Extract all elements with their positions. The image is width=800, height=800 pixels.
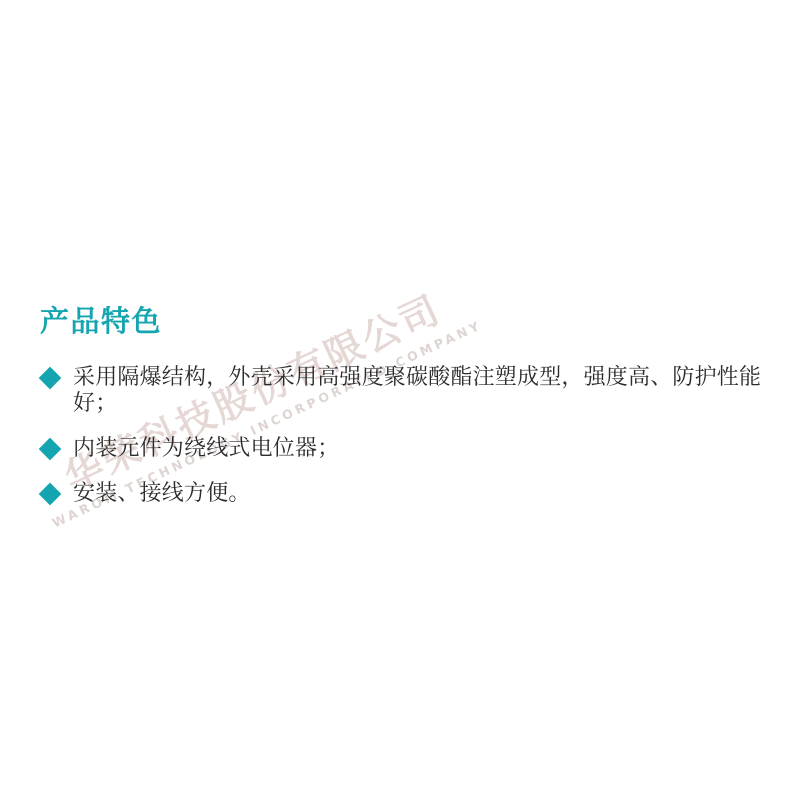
list-item: 内装元件为绕线式电位器； (40, 436, 788, 462)
diamond-bullet-icon (39, 367, 62, 390)
feature-text: 内装元件为绕线式电位器； (73, 436, 339, 462)
feature-text: 安装、接线方便。 (73, 481, 251, 507)
diamond-bullet-icon (39, 483, 62, 506)
feature-text: 采用隔爆结构，外壳采用高强度聚碳酸酯注塑成型，强度高、防护性能好； (73, 365, 788, 417)
catalog-page: { "colors": { "page_bg": "#ffffff", "acc… (0, 0, 800, 800)
list-item: 安装、接线方便。 (40, 481, 788, 507)
diamond-bullet-icon (39, 438, 62, 461)
feature-list: 采用隔爆结构，外壳采用高强度聚碳酸酯注塑成型，强度高、防护性能好； 内装元件为绕… (40, 365, 788, 526)
list-item: 采用隔爆结构，外壳采用高强度聚碳酸酯注塑成型，强度高、防护性能好； (40, 365, 788, 417)
page-title: 产品特色 (40, 302, 162, 340)
